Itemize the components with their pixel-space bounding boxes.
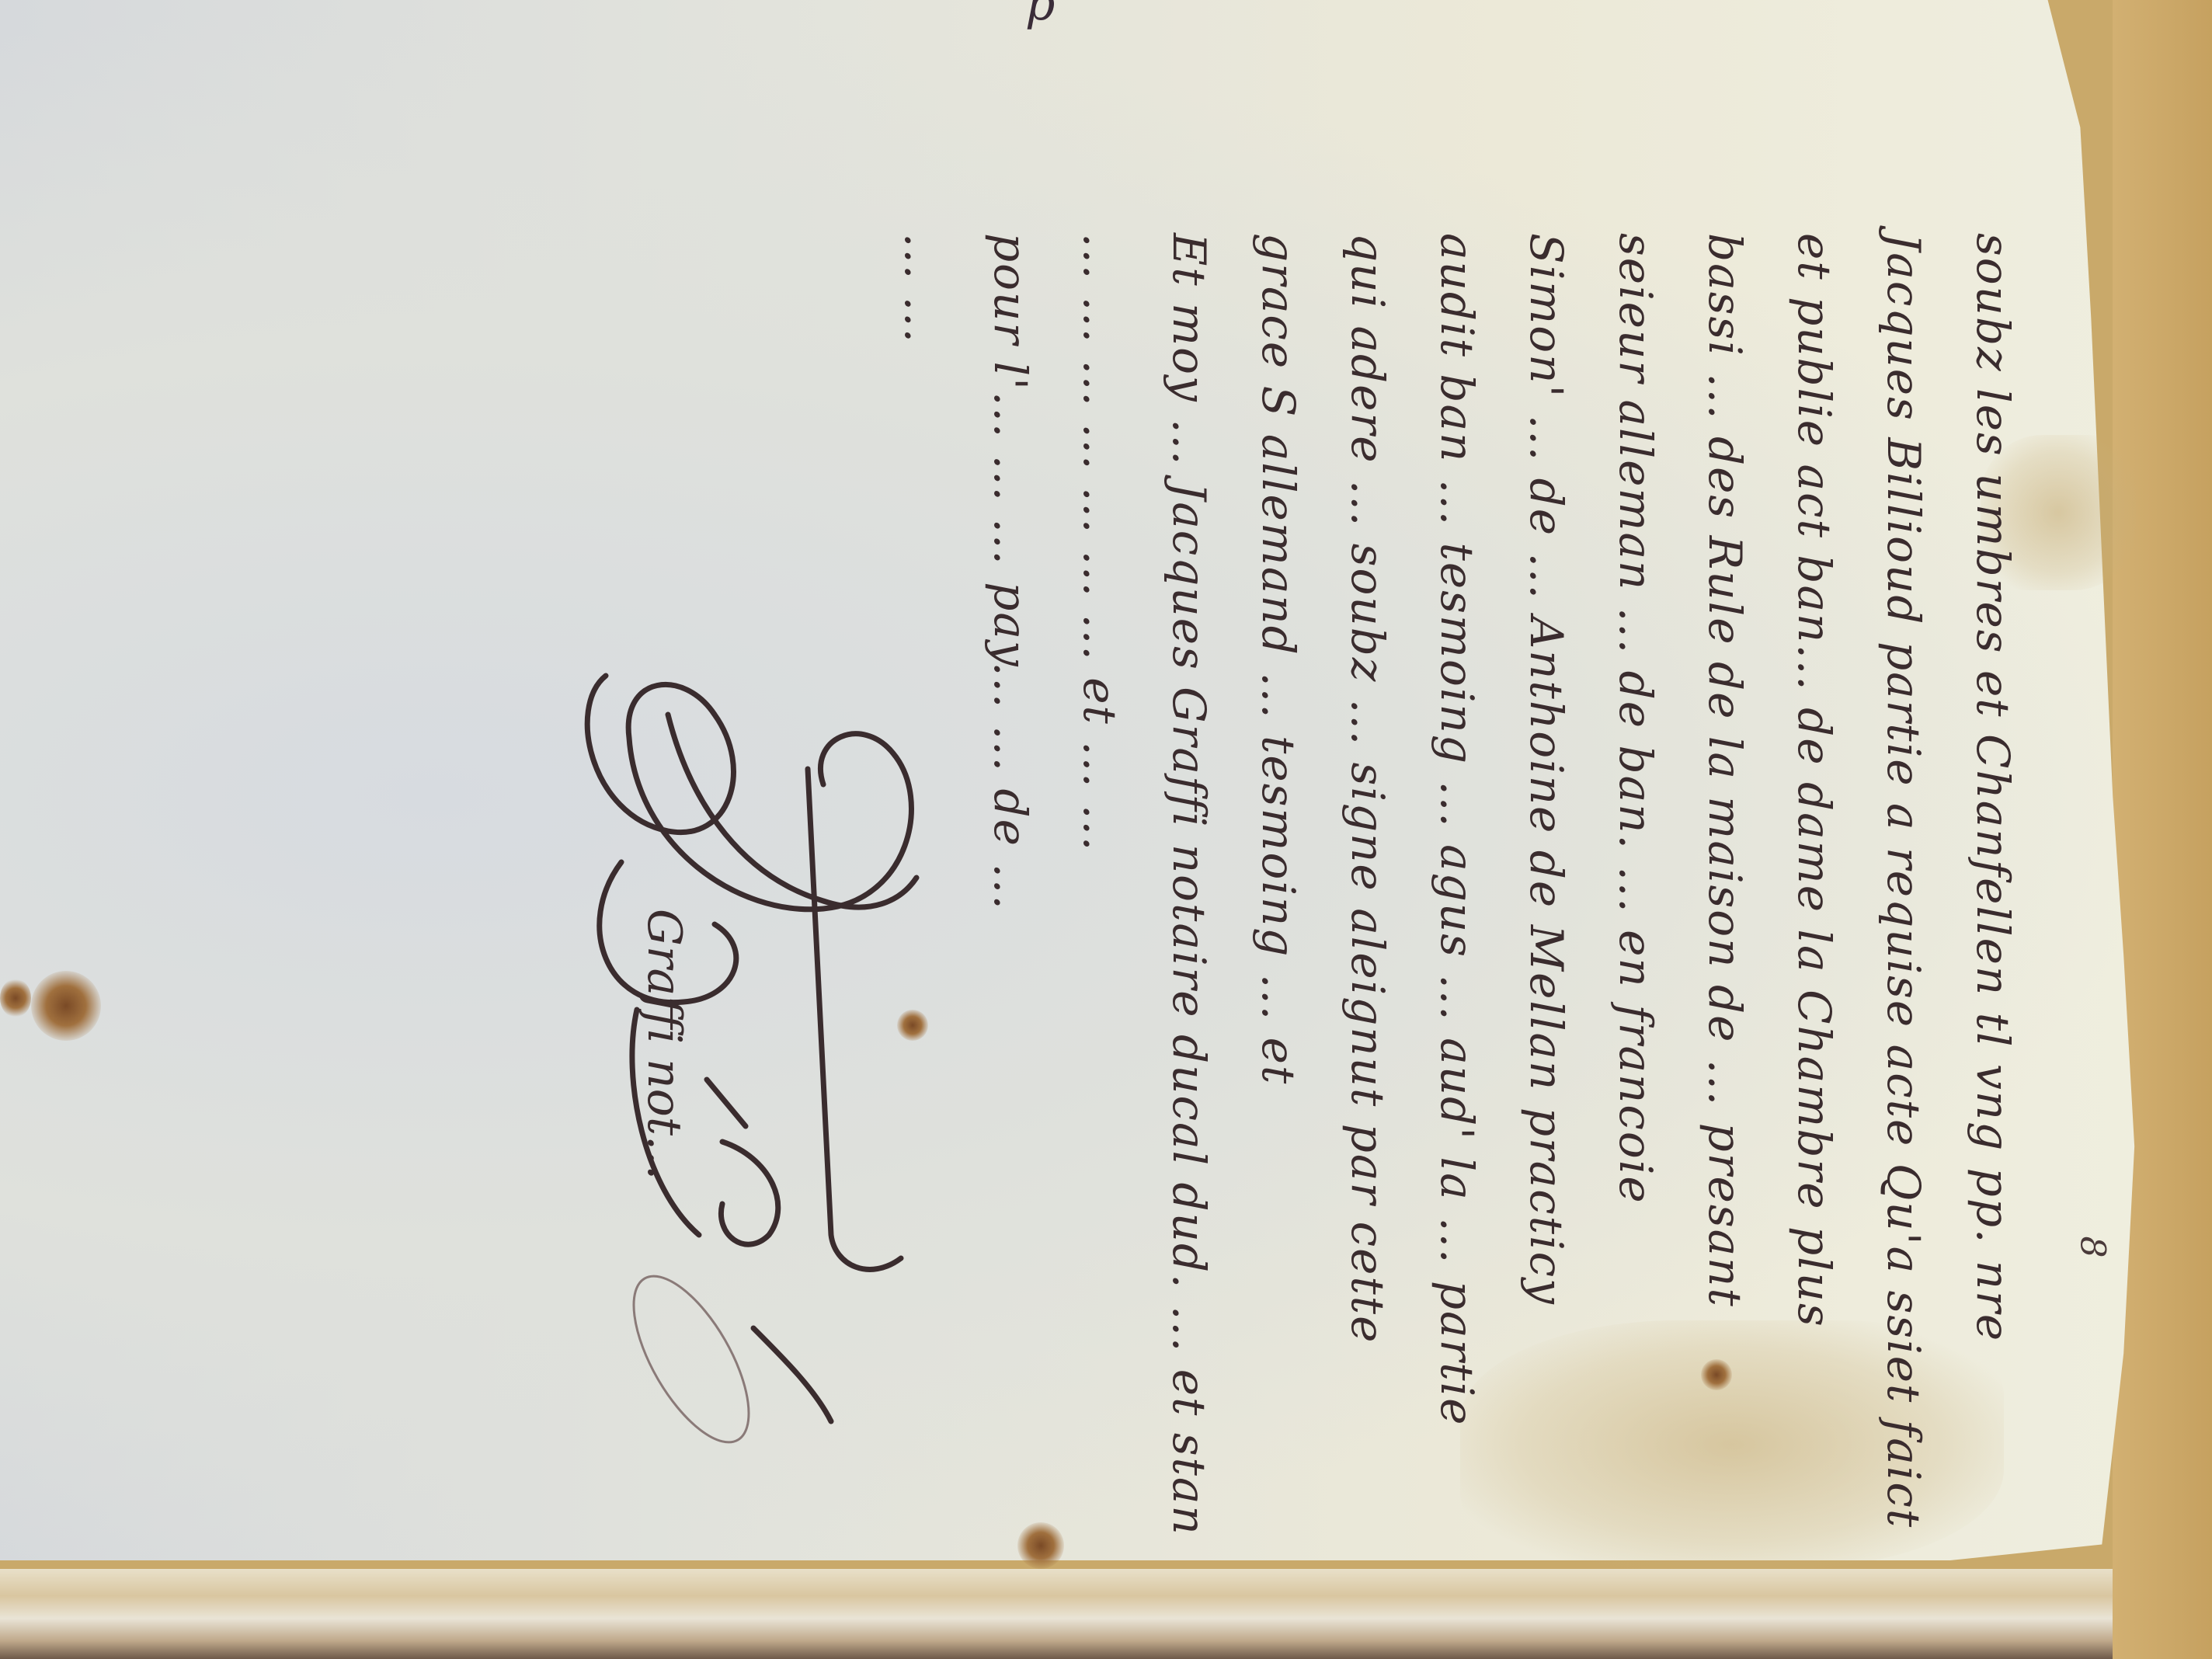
backdrop-surface — [2113, 0, 2212, 1659]
text-line: soubz les umbres et Chanfellen tl vng pp… — [1967, 233, 2019, 1342]
text-line: ... ... ... ... ... ... ... et ... ... — [1073, 233, 1126, 852]
text-line: pour l'... ... ... pay... ... de ... — [984, 233, 1037, 911]
text-line: audit ban ... tesmoing ... agus ... aud'… — [1431, 233, 1483, 1427]
text-line: bassi ... des Rule de la maison de ... p… — [1699, 233, 1751, 1308]
text-line: Et moy ... Jacques Graffi notaire ducal … — [1163, 233, 1216, 1536]
ink-stain — [0, 979, 31, 1017]
text-line: et publie act ban... de dame la Chambre … — [1788, 233, 1841, 1328]
text-line: seieur alleman ... de ban. ... en franco… — [1609, 233, 1662, 1205]
folio-number: 8 — [2073, 1236, 2113, 1258]
manuscript-text: soubz les umbres et Chanfellen tl vng pp… — [854, 233, 2019, 1631]
ink-stain — [31, 971, 101, 1041]
text-line: ... ... — [895, 233, 948, 344]
text-line: Simon' ... de ... Anthoine de Mellan pra… — [1520, 233, 1573, 1306]
signature-text: Graffi not... — [637, 909, 691, 1180]
text-line: grace S allemand ... tesmoing ... et — [1252, 233, 1305, 1085]
text-line: Jacques Billioud partie a requise acte Q… — [1877, 233, 1930, 1529]
corner-mark: p — [1025, 0, 1055, 31]
signature-flourish — [575, 645, 979, 1460]
text-line: qui adere ... soubz ... signe aleignut p… — [1341, 233, 1394, 1344]
